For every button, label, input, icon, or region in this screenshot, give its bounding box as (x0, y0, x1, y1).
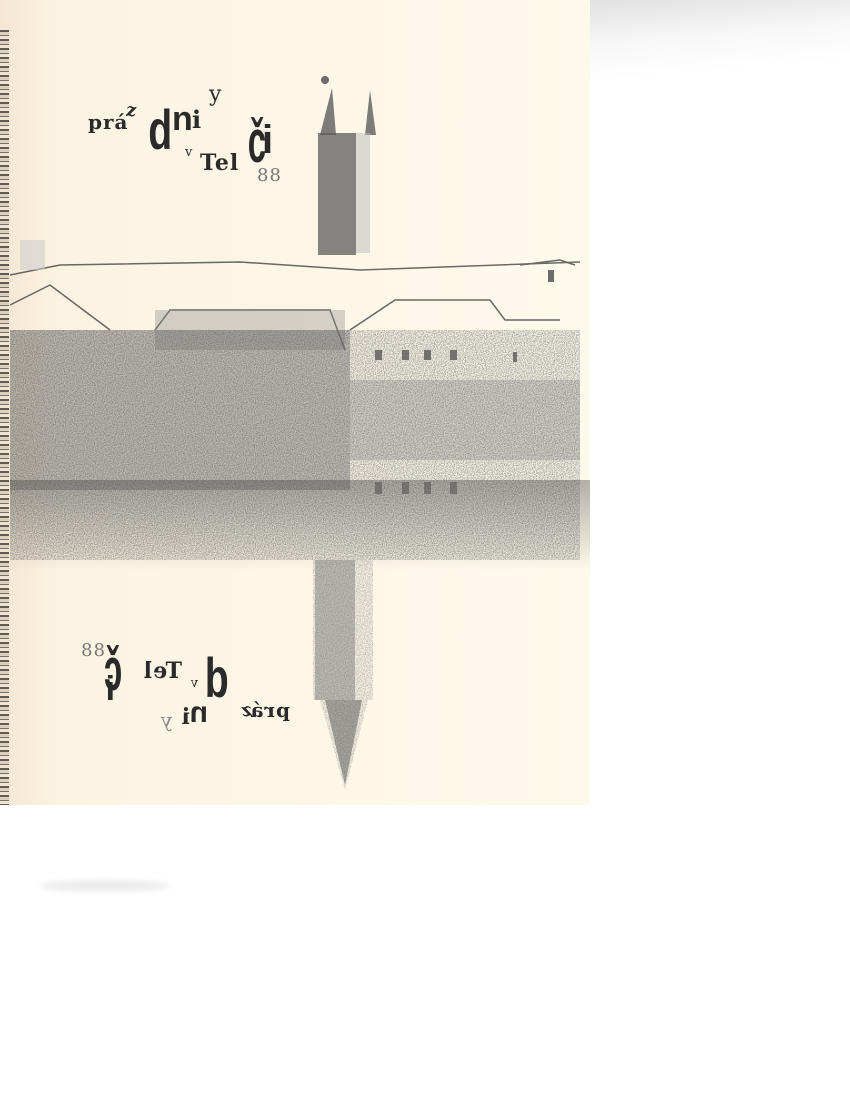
title-fragment: y (160, 708, 172, 732)
title-fragment: n (172, 100, 194, 139)
title-fragment: i (192, 105, 202, 134)
scan-shadow-bottom (40, 880, 170, 892)
title-fragment: y (209, 82, 222, 107)
title-fragment: prá (88, 110, 128, 134)
title-fragment: n (189, 696, 208, 730)
title-fragment: z (126, 100, 137, 121)
title-fragment: 88 (80, 640, 105, 661)
title-fragment: d (148, 102, 173, 158)
scan-shadow (590, 0, 850, 80)
title-mirrored: 88 č i Tel v d n i y prá z (70, 640, 290, 750)
church-tower (318, 76, 376, 255)
booklet-cover: prá z d n i y v Tel č i 88 88 č i Tel v … (0, 0, 590, 805)
title-fragment: Tel (143, 658, 182, 684)
title-fragment: 88 (257, 165, 282, 186)
title-fragment: i (262, 118, 274, 163)
title-fragment: v (190, 676, 198, 691)
title-fragment: Tel (200, 150, 239, 176)
title-fragment: v (185, 145, 193, 160)
title-fragment: i (105, 670, 115, 709)
title-fragment: i (181, 704, 190, 730)
title-fragment: prá (250, 698, 290, 722)
title-fragment: z (241, 700, 252, 721)
